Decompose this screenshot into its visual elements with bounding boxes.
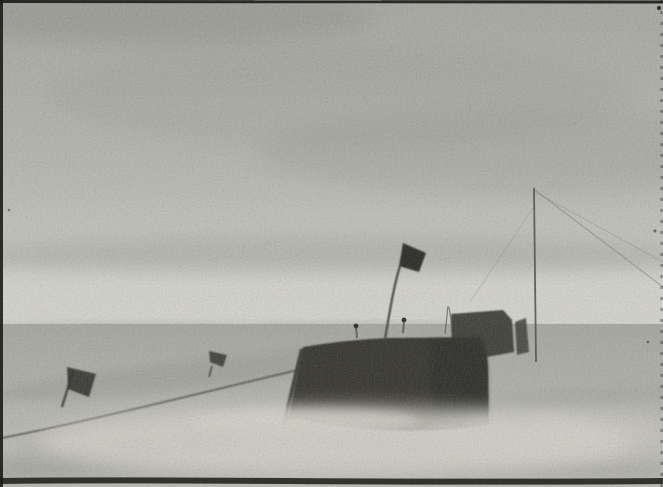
print-border-bottom <box>0 480 663 481</box>
halftone-grain-light <box>0 0 663 487</box>
print-speck-c <box>647 341 650 344</box>
print-speck-a <box>657 6 661 10</box>
print-border-top <box>0 1 663 2</box>
print-speck-d <box>8 209 11 212</box>
expedition-camp-photo <box>0 0 663 487</box>
halftone-photograph <box>0 0 663 487</box>
print-speck-b <box>654 230 657 233</box>
